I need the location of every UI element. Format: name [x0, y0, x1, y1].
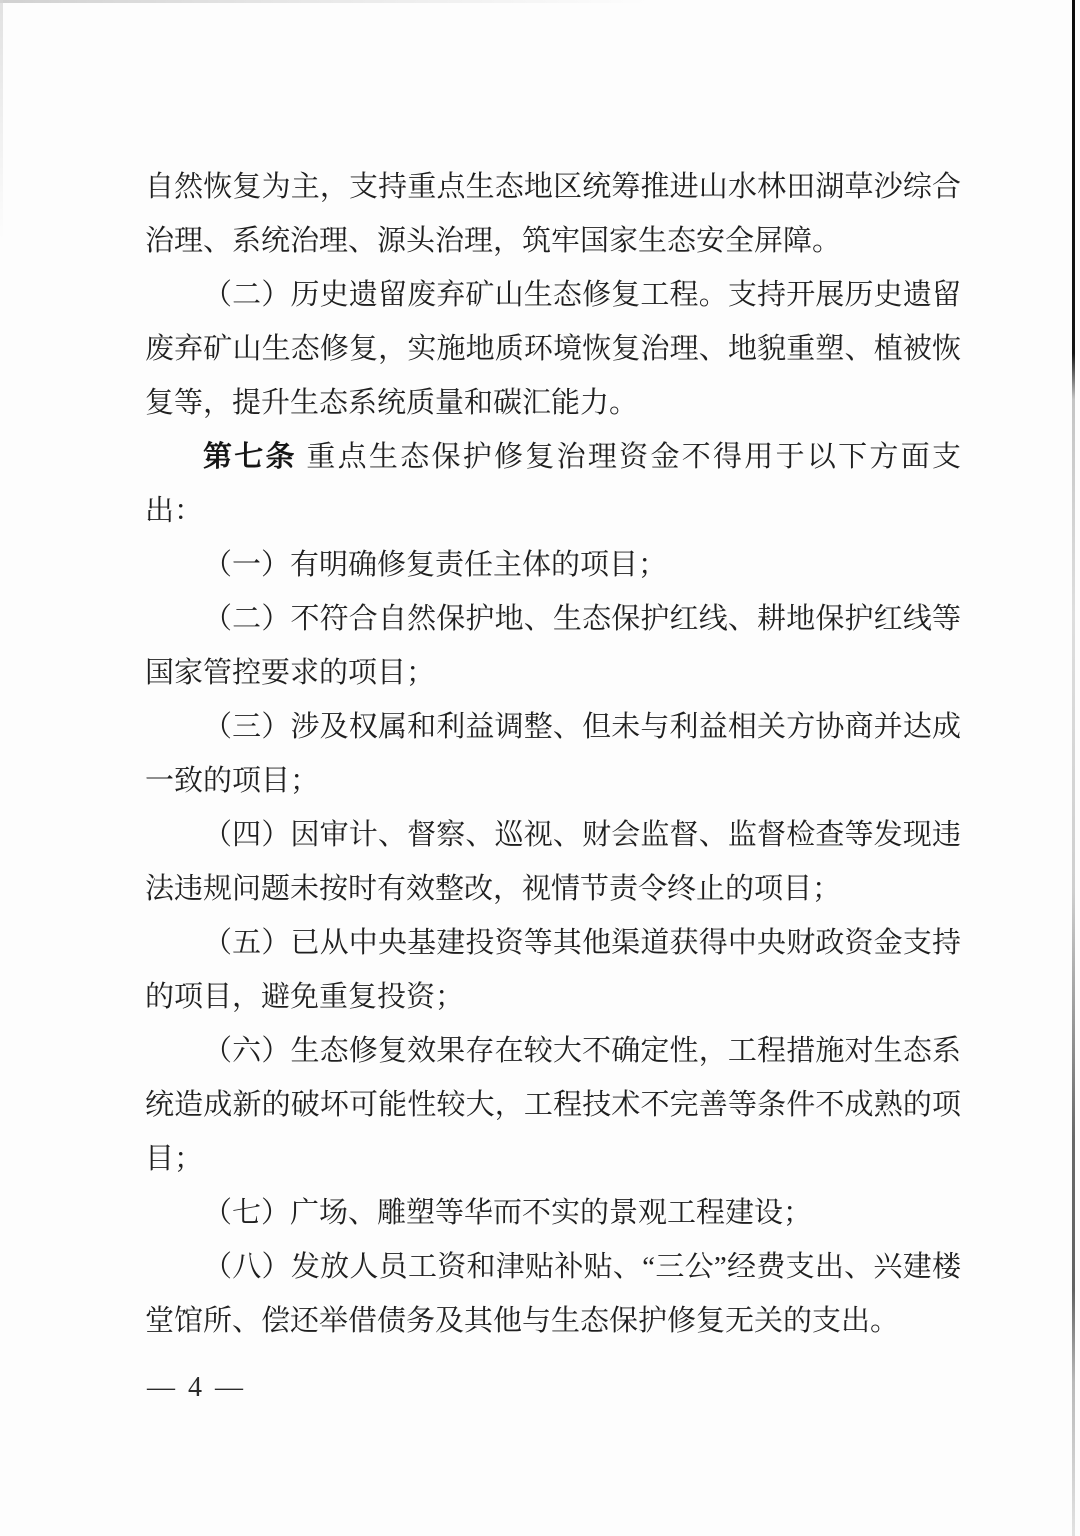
paragraph: （五）已从中央基建投资等其他渠道获得中央财政资金支持的项目，避免重复投资； — [145, 916, 961, 1024]
paragraph: （一）有明确修复责任主体的项目； — [145, 538, 961, 592]
paragraph: （二）不符合自然保护地、生态保护红线、耕地保护红线等国家管控要求的项目； — [145, 592, 961, 700]
document-body: 自然恢复为主，支持重点生态地区统筹推进山水林田湖草沙综合治理、系统治理、源头治理… — [145, 160, 961, 1348]
document-page: 自然恢复为主，支持重点生态地区统筹推进山水林田湖草沙综合治理、系统治理、源头治理… — [0, 0, 1080, 1536]
paragraph: 第七条 重点生态保护修复治理资金不得用于以下方面支出： — [145, 430, 961, 538]
paragraph: 自然恢复为主，支持重点生态地区统筹推进山水林田湖草沙综合治理、系统治理、源头治理… — [145, 160, 961, 268]
scan-artifact-right — [1072, 0, 1075, 1536]
paragraph: （三）涉及权属和利益调整、但未与利益相关方协商并达成一致的项目； — [145, 700, 961, 808]
article-number: 第七条 — [203, 441, 297, 473]
page-number: — 4 — — [147, 1372, 246, 1404]
scan-artifact-top — [0, 0, 648, 3]
scan-artifact-left — [0, 0, 3, 240]
paragraph: （二）历史遗留废弃矿山生态修复工程。支持开展历史遗留废弃矿山生态修复，实施地质环… — [145, 268, 961, 430]
paragraph: （八）发放人员工资和津贴补贴、“三公”经费支出、兴建楼堂馆所、偿还举借债务及其他… — [145, 1240, 961, 1348]
paragraph: （六）生态修复效果存在较大不确定性，工程措施对生态系统造成新的破坏可能性较大，工… — [145, 1024, 961, 1186]
paragraph: （四）因审计、督察、巡视、财会监督、监督检查等发现违法违规问题未按时有效整改，视… — [145, 808, 961, 916]
paragraph: （七）广场、雕塑等华而不实的景观工程建设； — [145, 1186, 961, 1240]
